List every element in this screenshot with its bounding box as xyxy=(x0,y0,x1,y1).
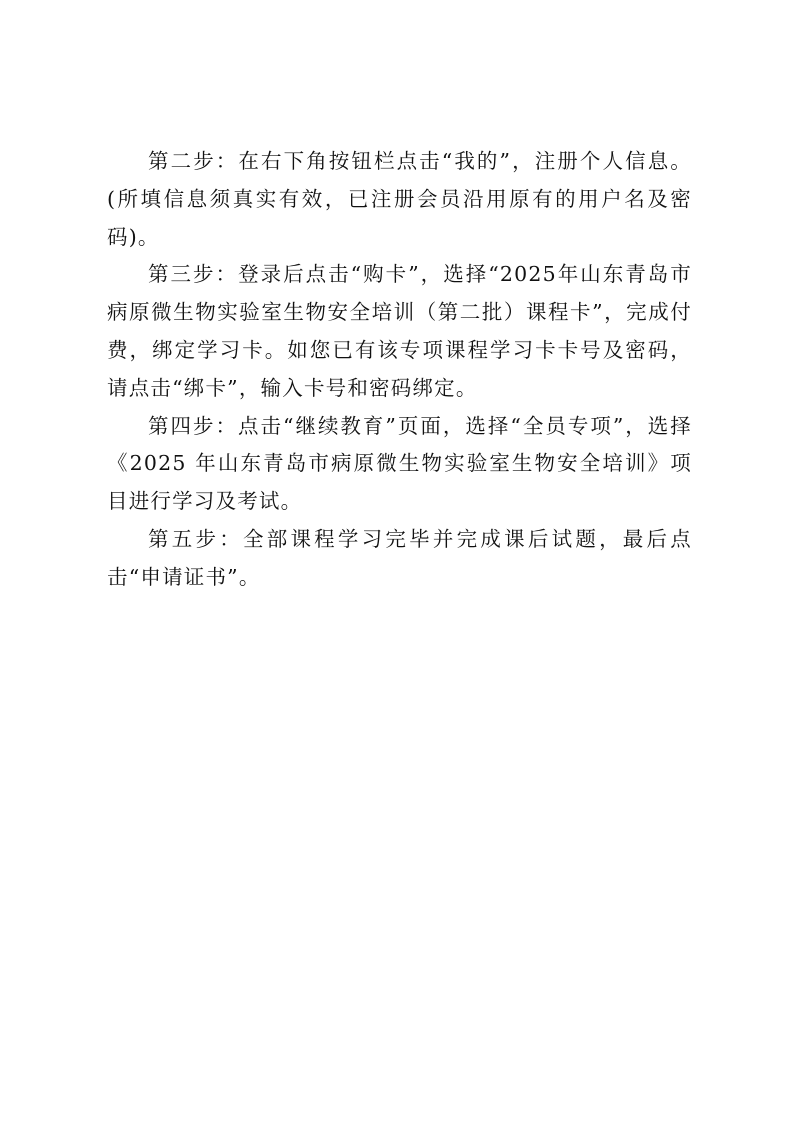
paragraph-step-3: 第三步：登录后点击“购卡”，选择“2025年山东青岛市病原微生物实验室生物安全培… xyxy=(107,256,692,407)
document-page: 第二步：在右下角按钮栏点击“我的”，注册个人信息。(所填信息须真实有效，已注册会… xyxy=(107,143,692,597)
paragraph-step-5: 第五步：全部课程学习完毕并完成课后试题，最后点击“申请证书”。 xyxy=(107,521,692,597)
paragraph-step-4: 第四步：点击“继续教育”页面，选择“全员专项”，选择《2025 年山东青岛市病原… xyxy=(107,408,692,521)
paragraph-step-2: 第二步：在右下角按钮栏点击“我的”，注册个人信息。(所填信息须真实有效，已注册会… xyxy=(107,143,692,256)
